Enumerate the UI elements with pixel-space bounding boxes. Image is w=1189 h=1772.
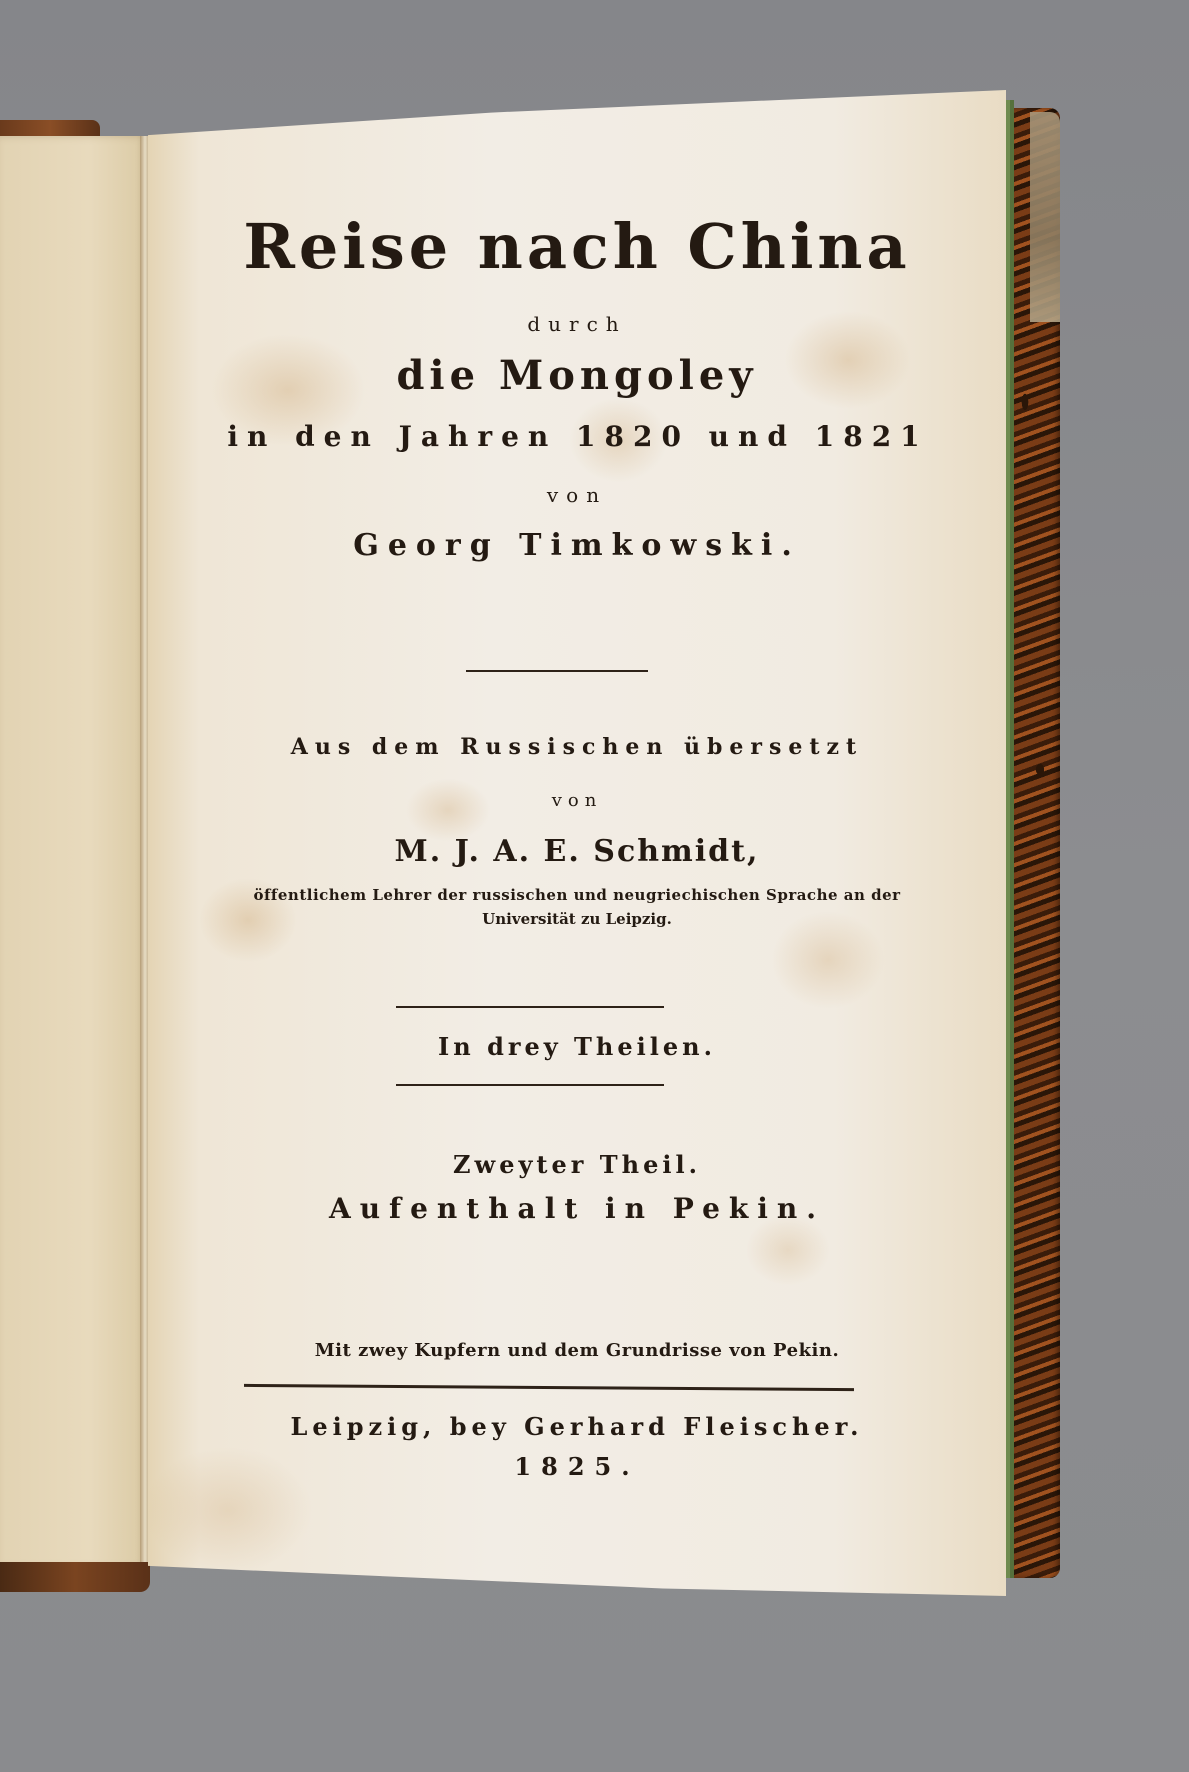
imprint-rule [244, 1384, 854, 1391]
translator-credentials-cont: Universität zu Leipzig. [148, 910, 1006, 928]
illustrations-note: Mit zwey Kupfern und dem Grundrisse von … [148, 1340, 1006, 1361]
marbled-front-board [1010, 108, 1060, 1578]
translator-name: M. J. A. E. Schmidt, [148, 834, 1006, 869]
volume-title: Aufenthalt in Pekin. [148, 1192, 1006, 1225]
divider-rule [396, 1084, 664, 1086]
publication-year: 1825. [148, 1452, 1006, 1481]
divider-rule [396, 1006, 664, 1008]
publisher-imprint: Leipzig, bey Gerhard Fleischer. [148, 1412, 1006, 1441]
book-title: Reise nach China [148, 210, 1006, 283]
by-label-translator: von [148, 790, 1006, 811]
title-connector-durch: durch [148, 312, 1006, 336]
parts-count: In drey Theilen. [148, 1032, 1006, 1061]
volume-number: Zweyter Theil. [148, 1150, 1006, 1179]
book-subtitle: die Mongoley [148, 352, 1006, 399]
worn-board-corner [1030, 112, 1060, 322]
divider-rule [466, 670, 648, 672]
by-label-author: von [148, 483, 1006, 507]
author-name: Georg Timkowski. [148, 528, 1006, 563]
book-photograph: Reise nach China durch die Mongoley in d… [0, 0, 1189, 1772]
left-flyleaf [0, 136, 148, 1568]
translator-credentials: öffentlichem Lehrer der russischen und n… [148, 886, 1006, 904]
translation-note: Aus dem Russischen übersetzt [148, 734, 1006, 760]
travel-years: in den Jahren 1820 und 1821 [218, 420, 938, 453]
back-cover-leather-bottom [0, 1562, 150, 1592]
title-page-text: Reise nach China durch die Mongoley in d… [148, 90, 1006, 1596]
